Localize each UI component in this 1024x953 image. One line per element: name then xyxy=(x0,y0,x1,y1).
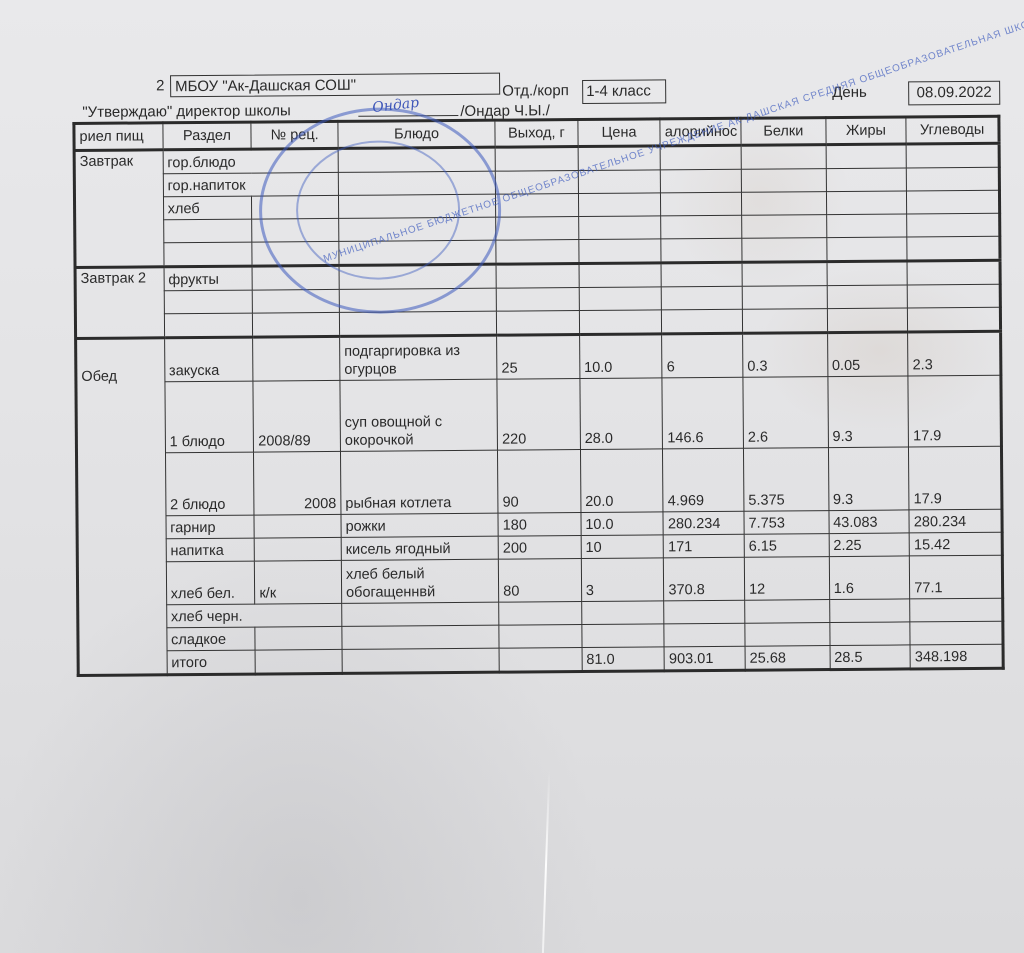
dish-cell xyxy=(339,264,496,289)
col-header-price: Цена xyxy=(578,119,661,147)
carbs-cell xyxy=(910,621,1003,645)
yield-cell xyxy=(496,194,579,218)
protein-cell xyxy=(742,215,827,239)
fat-cell xyxy=(826,144,907,169)
price-cell xyxy=(578,193,661,217)
price-cell xyxy=(578,216,661,240)
protein-cell xyxy=(745,623,830,647)
section-cell: 1 блюдо xyxy=(165,381,254,453)
yield-cell xyxy=(496,288,579,312)
calories-cell xyxy=(660,145,741,170)
director-signature: Ондар xyxy=(372,95,420,116)
carbs-cell: 348.198 xyxy=(910,644,1003,669)
yield-cell: 90 xyxy=(498,450,581,514)
table-body: Завтракгор.блюдогор.напитокхлебЗавтрак 2… xyxy=(74,143,1003,675)
protein-cell: 12 xyxy=(744,557,829,601)
fat-cell xyxy=(827,261,908,286)
col-header-recipe: № рец. xyxy=(251,121,338,149)
protein-cell xyxy=(742,238,827,263)
fat-cell xyxy=(826,191,907,215)
col-header-dish: Блюдо xyxy=(338,120,495,148)
yield-cell xyxy=(499,602,582,626)
calories-cell xyxy=(662,309,743,334)
carbs-cell: 280.234 xyxy=(909,509,1002,533)
recipe-cell xyxy=(254,514,341,538)
yield-cell xyxy=(496,217,579,241)
carbs-cell xyxy=(907,167,1000,191)
fat-cell: 9.3 xyxy=(828,447,909,511)
protein-cell: 0.3 xyxy=(743,333,828,378)
calories-cell xyxy=(661,169,742,193)
price-cell: 10 xyxy=(581,535,664,559)
dish-cell xyxy=(339,240,496,265)
calories-cell: 4.969 xyxy=(663,448,744,512)
meal-cell: Обед xyxy=(76,338,167,676)
section-cell: гарнир xyxy=(166,515,255,539)
price-cell: 81.0 xyxy=(582,647,665,672)
carbs-cell: 17.9 xyxy=(908,375,1001,447)
meal-cell: Завтрак xyxy=(74,150,164,268)
director-name: /Ондар Ч.Ы./ xyxy=(460,102,550,120)
dish-cell: хлеб белый обогащеннвй xyxy=(341,559,499,603)
recipe-cell xyxy=(252,195,339,219)
col-header-calories: алорийнос xyxy=(660,118,741,146)
calories-cell xyxy=(661,192,742,216)
protein-cell: 7.753 xyxy=(744,511,829,535)
carbs-cell xyxy=(907,236,1000,261)
price-cell xyxy=(582,624,665,648)
dish-cell xyxy=(338,171,495,195)
form-number: 2 xyxy=(156,77,164,94)
dish-cell: рыбная котлета xyxy=(340,450,498,514)
meal-cell: Завтрак 2 xyxy=(75,267,164,339)
calories-cell xyxy=(664,623,745,647)
yield-cell xyxy=(497,311,580,336)
dish-cell: подгаргировка из огурцов xyxy=(340,335,498,380)
carbs-cell: 17.9 xyxy=(909,446,1002,510)
yield-cell xyxy=(499,625,582,649)
dish-cell xyxy=(339,311,496,336)
fat-cell xyxy=(827,285,908,309)
section-cell: 2 блюдо xyxy=(165,452,254,516)
dept-field: 1-4 класс xyxy=(582,79,666,104)
menu-sheet: 2 МБОУ "Ак-Дашская СОШ" Отд./корп 1-4 кл… xyxy=(72,65,1017,677)
calories-cell: 280.234 xyxy=(663,511,744,535)
dish-cell: суп овощной с окорочкой xyxy=(340,379,498,451)
yield-cell xyxy=(499,648,582,673)
section-cell: сладкое xyxy=(167,627,256,651)
price-cell: 3 xyxy=(581,558,664,602)
dish-cell xyxy=(342,602,499,626)
fat-cell: 0.05 xyxy=(827,332,908,377)
dish-cell xyxy=(342,648,499,673)
recipe-cell xyxy=(252,265,339,290)
table-row: хлеб бел.к/кхлеб белый обогащеннвй803370… xyxy=(77,555,1002,605)
dish-cell xyxy=(342,625,499,649)
fat-cell xyxy=(826,214,907,238)
price-cell xyxy=(579,310,662,335)
carbs-cell xyxy=(907,284,1000,308)
price-cell xyxy=(581,601,664,625)
col-header-fat: Жиры xyxy=(826,117,907,145)
table-row: 2 блюдо2008рыбная котлета9020.04.9695.37… xyxy=(76,446,1001,516)
recipe-cell xyxy=(253,336,340,381)
fat-cell xyxy=(826,237,907,262)
section-cell: гор.блюдо xyxy=(163,148,338,173)
dish-cell: кисель ягодный xyxy=(341,536,498,560)
price-cell: 10.0 xyxy=(581,512,664,536)
protein-cell xyxy=(741,145,826,170)
table-row: 1 блюдо2008/89суп овощной с окорочкой220… xyxy=(76,375,1002,453)
carbs-cell xyxy=(906,143,999,168)
yield-cell: 80 xyxy=(498,559,581,603)
carbs-cell xyxy=(908,307,1001,332)
fat-cell: 28.5 xyxy=(830,645,911,670)
section-cell: итого xyxy=(167,650,256,675)
recipe-cell: 2008/89 xyxy=(253,380,340,452)
fat-cell: 9.3 xyxy=(828,376,909,448)
section-cell xyxy=(164,242,253,267)
section-cell: фрукты xyxy=(164,266,253,291)
yield-cell xyxy=(495,147,578,172)
menu-table: риел пищ Раздел № рец. Блюдо Выход, г Це… xyxy=(72,115,1004,677)
calories-cell xyxy=(662,286,743,310)
protein-cell xyxy=(742,262,827,287)
protein-cell: 2.6 xyxy=(743,377,828,449)
recipe-cell xyxy=(253,312,340,337)
col-header-yield: Выход, г xyxy=(495,120,578,148)
section-cell: напитка xyxy=(166,538,255,562)
section-cell: хлеб xyxy=(163,196,252,220)
day-label: День xyxy=(832,84,867,101)
protein-cell: 6.15 xyxy=(744,534,829,558)
calories-cell: 903.01 xyxy=(664,646,745,671)
section-cell: хлеб черн. xyxy=(166,603,341,627)
yield-cell: 200 xyxy=(498,536,581,560)
calories-cell xyxy=(664,600,745,624)
protein-cell: 5.375 xyxy=(743,448,828,512)
protein-cell xyxy=(742,309,827,334)
calories-cell xyxy=(661,262,742,287)
fat-cell xyxy=(829,599,910,623)
section-cell xyxy=(164,313,253,338)
dish-cell xyxy=(339,288,496,312)
price-cell xyxy=(579,239,662,264)
protein-cell xyxy=(741,169,826,193)
carbs-cell xyxy=(907,190,1000,214)
approval-text: "Утверждаю" директор школы xyxy=(82,102,291,121)
date-field: 08.09.2022 xyxy=(908,81,1000,106)
recipe-cell xyxy=(255,649,342,674)
yield-cell: 25 xyxy=(497,335,580,380)
price-cell xyxy=(578,146,661,171)
yield-cell xyxy=(496,264,579,289)
recipe-cell: 2008 xyxy=(254,451,341,515)
price-cell xyxy=(579,263,662,288)
school-name-field: МБОУ "Ак-Дашская СОШ" xyxy=(170,73,500,98)
recipe-cell xyxy=(255,626,342,650)
col-header-carbs: Углеводы xyxy=(906,116,999,144)
protein-cell xyxy=(745,600,830,624)
carbs-cell: 77.1 xyxy=(910,555,1003,599)
protein-cell xyxy=(741,192,826,216)
section-cell: хлеб бел. xyxy=(166,561,255,605)
carbs-cell xyxy=(907,260,1000,285)
fat-cell xyxy=(827,308,908,333)
calories-cell: 370.8 xyxy=(664,557,745,601)
protein-cell xyxy=(742,286,827,310)
yield-cell: 220 xyxy=(497,379,580,451)
dish-cell xyxy=(338,194,495,218)
fat-cell: 43.083 xyxy=(829,510,910,534)
yield-cell xyxy=(496,240,579,265)
recipe-cell xyxy=(252,241,339,266)
section-cell xyxy=(163,219,252,243)
sheet-header: 2 МБОУ "Ак-Дашская СОШ" Отд./корп 1-4 кл… xyxy=(72,65,1012,122)
calories-cell: 6 xyxy=(662,333,743,378)
carbs-cell: 15.42 xyxy=(909,532,1002,556)
fat-cell: 2.25 xyxy=(829,533,910,557)
recipe-cell: к/к xyxy=(255,560,342,604)
col-header-protein: Белки xyxy=(741,118,826,146)
price-cell xyxy=(578,170,661,194)
price-cell: 28.0 xyxy=(580,378,663,450)
calories-cell: 171 xyxy=(664,534,745,558)
section-cell: закуска xyxy=(164,337,253,382)
section-cell: гор.напиток xyxy=(163,172,338,196)
yield-cell: 180 xyxy=(498,513,581,537)
calories-cell: 146.6 xyxy=(662,377,743,449)
recipe-cell xyxy=(252,218,339,242)
calories-cell xyxy=(661,215,742,239)
table-row: Обедзакускаподгаргировка из огурцов2510.… xyxy=(76,331,1001,382)
yield-cell xyxy=(495,171,578,195)
calories-cell xyxy=(661,238,742,263)
protein-cell: 25.68 xyxy=(745,646,830,671)
price-cell: 10.0 xyxy=(579,334,662,379)
dish-cell: рожки xyxy=(341,513,498,537)
dept-label: Отд./корп xyxy=(502,82,569,100)
carbs-cell xyxy=(907,213,1000,237)
price-cell: 20.0 xyxy=(580,449,663,513)
fat-cell xyxy=(826,168,907,192)
col-header-section: Раздел xyxy=(163,122,252,150)
recipe-cell xyxy=(253,289,340,313)
fat-cell xyxy=(829,622,910,646)
carbs-cell xyxy=(910,598,1003,622)
section-cell xyxy=(164,290,253,314)
fat-cell: 1.6 xyxy=(829,556,910,600)
price-cell xyxy=(579,287,662,311)
recipe-cell xyxy=(254,537,341,561)
dish-cell xyxy=(338,147,495,172)
carbs-cell: 2.3 xyxy=(908,331,1001,376)
col-header-meal: риел пищ xyxy=(74,123,163,151)
dish-cell xyxy=(339,217,496,241)
